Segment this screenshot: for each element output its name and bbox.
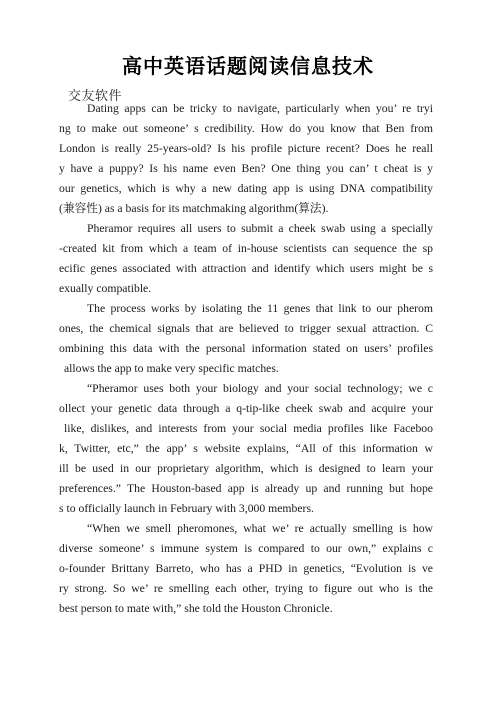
- text-line: allows the app to make very specific mat…: [59, 359, 433, 379]
- text-line: like, dislikes, and interests from your …: [59, 419, 433, 439]
- text-line: -created kit from which a team of in-hou…: [59, 239, 433, 259]
- text-line: o-founder Brittany Barreto, who has a PH…: [59, 559, 433, 579]
- page-title: 高中英语话题阅读信息技术: [0, 50, 496, 79]
- text-line: Pheramor requires all users to submit a …: [59, 219, 433, 239]
- text-line: London is really 25-years-old? Is his pr…: [59, 139, 433, 159]
- text-line: ollect your genetic data through a q-tip…: [59, 399, 433, 419]
- paragraph: Dating apps can be tricky to navigate, p…: [59, 99, 433, 219]
- article-body: Dating apps can be tricky to navigate, p…: [59, 99, 433, 619]
- text-line: The process works by isolating the 11 ge…: [59, 299, 433, 319]
- text-line: y have a puppy? Is his name even Ben? On…: [59, 159, 433, 179]
- paragraph: “When we smell pheromones, what we’ re a…: [59, 519, 433, 619]
- text-line: ill be used in our proprietary algorithm…: [59, 459, 433, 479]
- text-line: our genetics, which is why a new dating …: [59, 179, 433, 199]
- text-line: exually compatible.: [59, 279, 433, 299]
- text-line: s to officially launch in February with …: [59, 499, 433, 519]
- text-line: ry strong. So we’ re smelling each other…: [59, 579, 433, 599]
- document-page: 高中英语话题阅读信息技术 交友软件 Dating apps can be tri…: [0, 0, 496, 702]
- text-line: “Pheramor uses both your biology and you…: [59, 379, 433, 399]
- text-line: k, Twitter, etc,” the app’ s website exp…: [59, 439, 433, 459]
- text-line: (兼容性) as a basis for its matchmaking alg…: [59, 199, 433, 219]
- text-line: ones, the chemical signals that are beli…: [59, 319, 433, 339]
- text-line: Dating apps can be tricky to navigate, p…: [59, 99, 433, 119]
- paragraph: The process works by isolating the 11 ge…: [59, 299, 433, 379]
- text-line: diverse someone’ s immune system is comp…: [59, 539, 433, 559]
- text-line: ecific genes associated with attraction …: [59, 259, 433, 279]
- text-line: best person to mate with,” she told the …: [59, 599, 433, 619]
- text-line: ombining this data with the personal inf…: [59, 339, 433, 359]
- paragraph: “Pheramor uses both your biology and you…: [59, 379, 433, 519]
- text-line: preferences.” The Houston-based app is a…: [59, 479, 433, 499]
- text-line: ng to make out someone’ s credibility. H…: [59, 119, 433, 139]
- paragraph: Pheramor requires all users to submit a …: [59, 219, 433, 299]
- text-line: “When we smell pheromones, what we’ re a…: [59, 519, 433, 539]
